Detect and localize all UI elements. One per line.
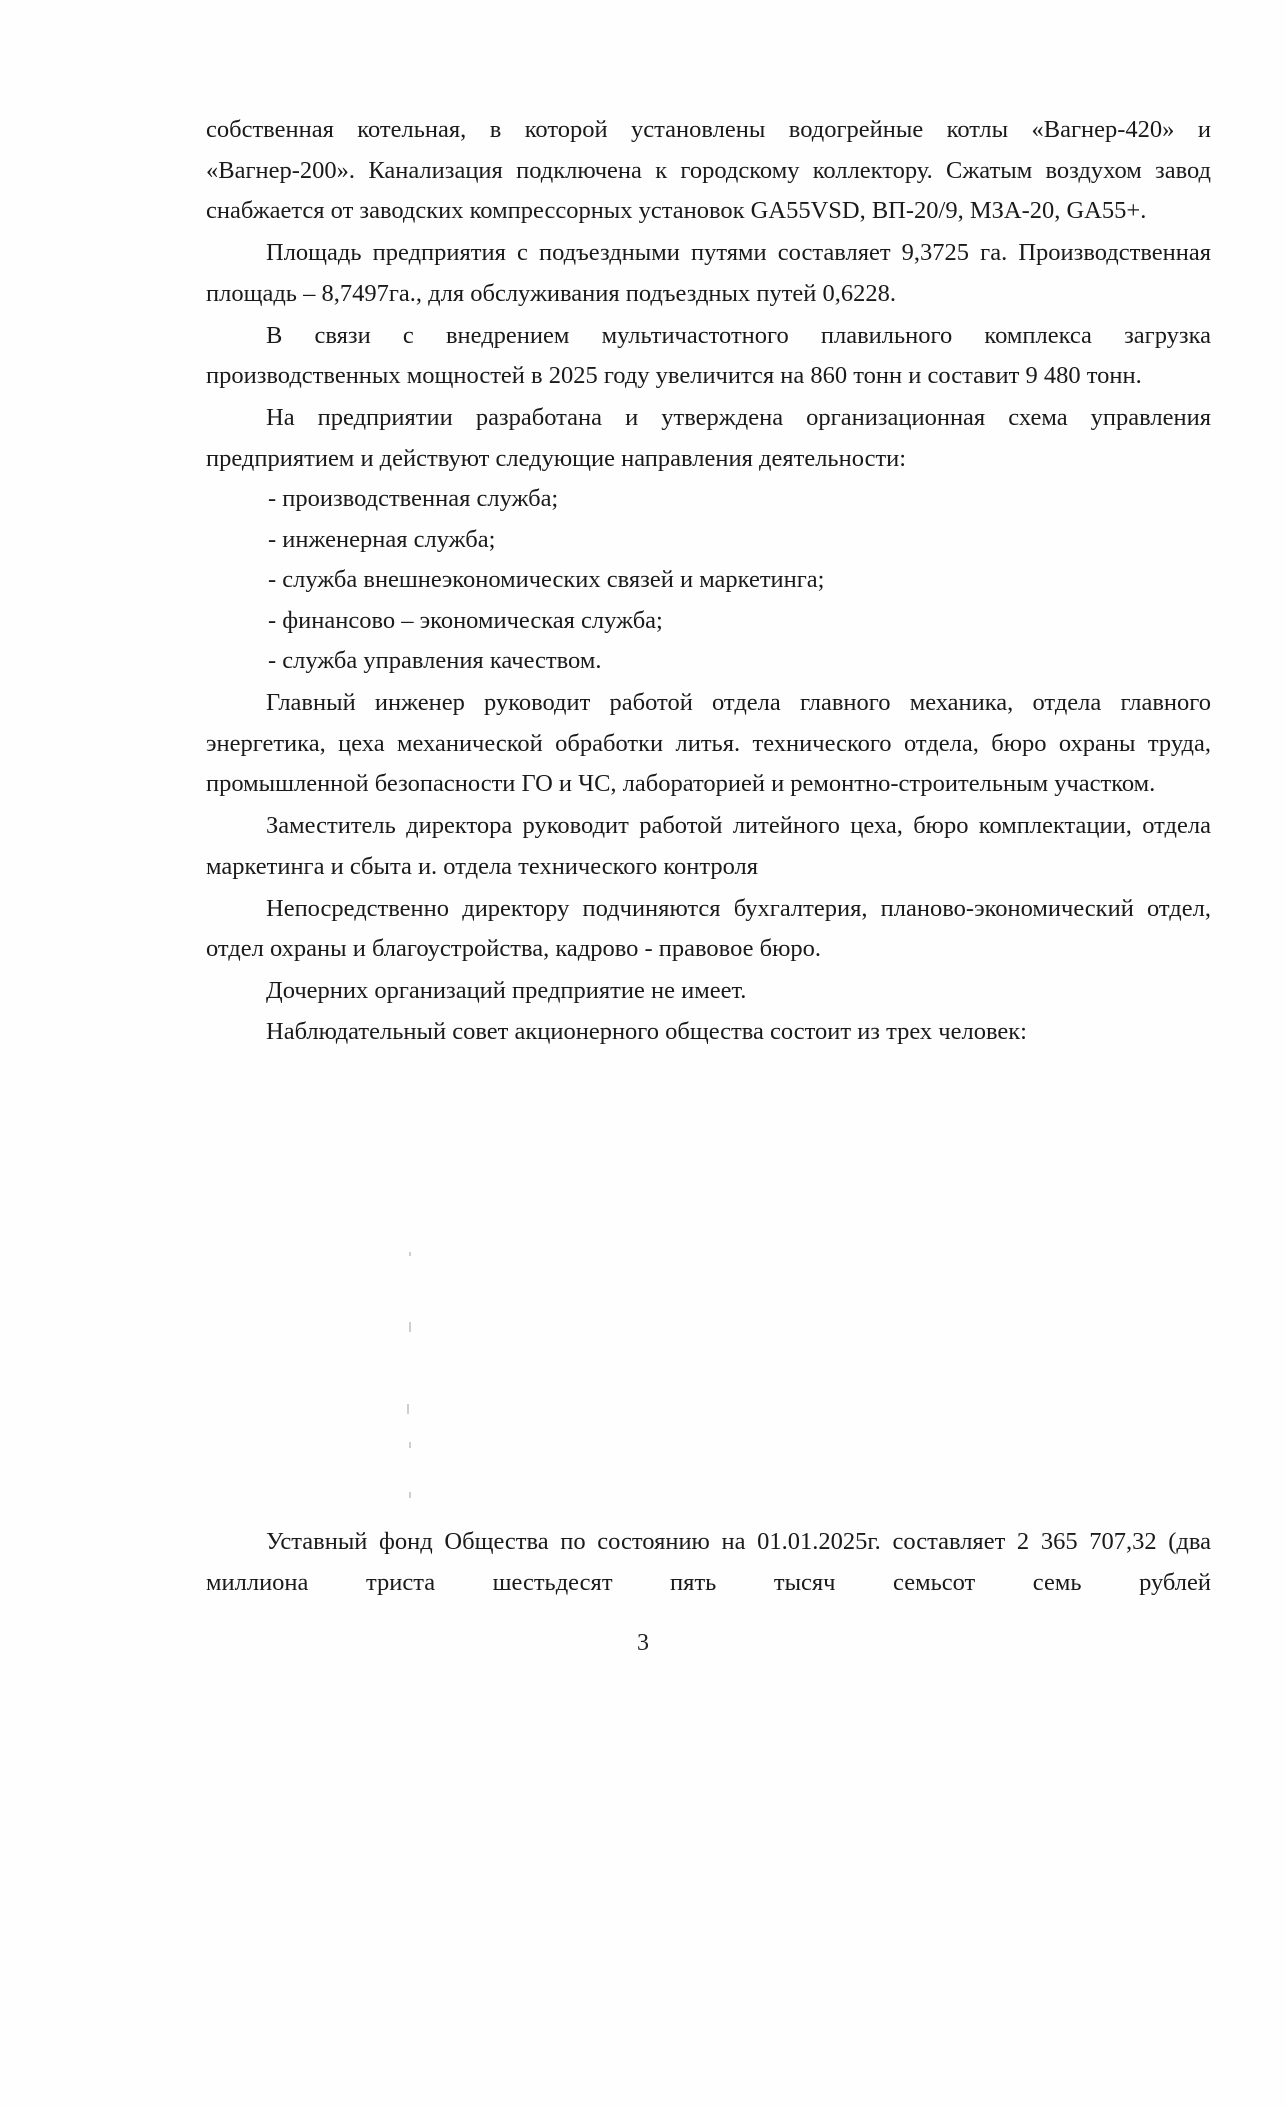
document-body-continued: Уставный фонд Общества по состоянию на 0…	[206, 1522, 1211, 1603]
list-item: - финансово – экономическая служба;	[206, 601, 1211, 642]
document-body: собственная котельная, в которой установ…	[206, 110, 1211, 1052]
paragraph-subsidiaries: Дочерних организаций предприятие не имее…	[206, 971, 1211, 1012]
list-item: - инженерная служба;	[206, 520, 1211, 561]
paragraph-charter-capital: Уставный фонд Общества по состоянию на 0…	[206, 1522, 1211, 1603]
redacted-board-members-area	[206, 1252, 1211, 1512]
scan-speck	[409, 1252, 411, 1256]
paragraph-chief-engineer: Главный инженер руководит работой отдела…	[206, 683, 1211, 805]
page-number: 3	[0, 1628, 1286, 1658]
services-list: - производственная служба; - инженерная …	[206, 479, 1211, 682]
list-item: - служба управления качеством.	[206, 641, 1211, 682]
scan-speck	[409, 1322, 411, 1332]
document-page: собственная котельная, в которой установ…	[0, 0, 1286, 2107]
scan-speck	[407, 1404, 409, 1414]
paragraph-deputy-director: Заместитель директора руководит работой …	[206, 806, 1211, 887]
paragraph-director: Непосредственно директору подчиняются бу…	[206, 889, 1211, 970]
paragraph-area: Площадь предприятия с подъездными путями…	[206, 233, 1211, 314]
paragraph-boiler: собственная котельная, в которой установ…	[206, 110, 1211, 232]
paragraph-supervisory-board: Наблюдательный совет акционерного общест…	[206, 1012, 1211, 1053]
scan-speck	[409, 1442, 411, 1448]
paragraph-org-scheme: На предприятии разработана и утверждена …	[206, 398, 1211, 479]
list-item: - служба внешнеэкономических связей и ма…	[206, 560, 1211, 601]
paragraph-capacity: В связи с внедрением мультичастотного пл…	[206, 316, 1211, 397]
scan-speck	[409, 1492, 411, 1498]
list-item: - производственная служба;	[206, 479, 1211, 520]
